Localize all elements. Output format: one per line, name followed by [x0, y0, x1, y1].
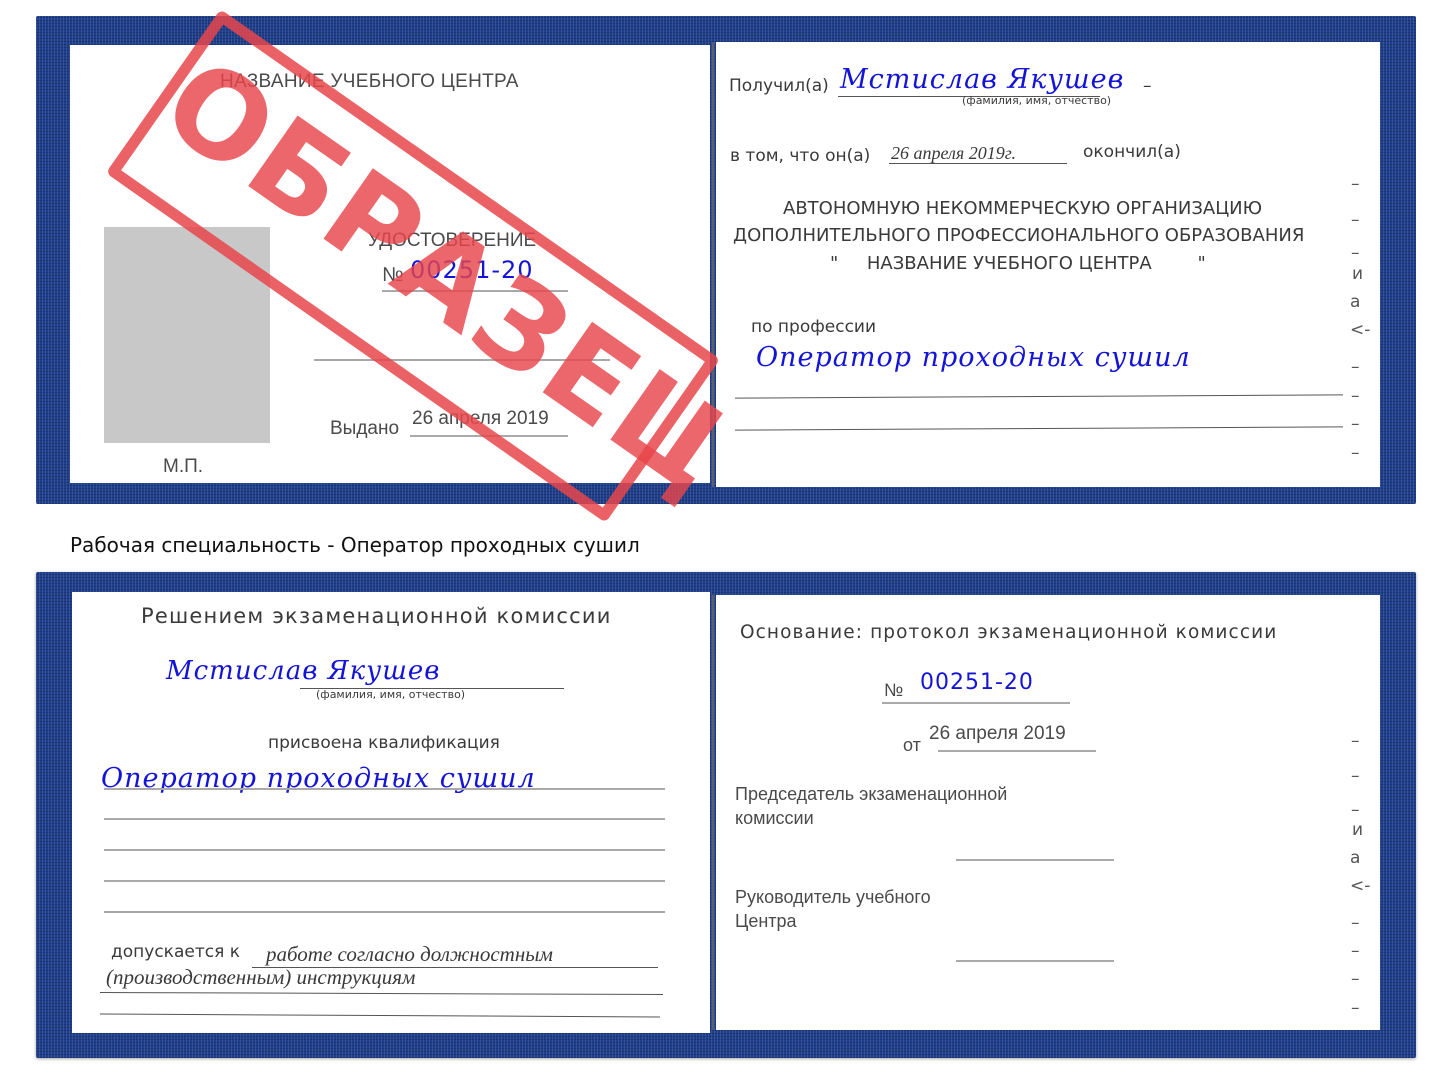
bottom-spine — [712, 595, 714, 1030]
basis-label: Основание: протокол экзаменационной коми… — [740, 622, 1277, 643]
edge-mark: – — [1351, 998, 1360, 1018]
finished-label: окончил(а) — [1083, 142, 1181, 162]
edge-mark: – — [1351, 210, 1360, 230]
protocol-date-label: от — [903, 735, 921, 756]
profession-value: Оператор проходных сушил — [756, 342, 1191, 373]
issued-date: 26 апреля 2019 — [412, 408, 549, 430]
edge-mark: и — [1352, 820, 1363, 840]
in-that-label: в том, что он(а) — [730, 146, 870, 166]
photo-placeholder — [104, 227, 270, 443]
protocol-date-value: 26 апреля 2019 — [929, 723, 1066, 745]
issued-label: Выдано — [330, 418, 399, 440]
edge-mark: – — [1351, 174, 1360, 194]
specialty-caption: Рабочая специальность - Оператор проходн… — [70, 533, 640, 557]
head-label-2: Центра — [735, 911, 797, 932]
edge-mark: <- — [1350, 876, 1370, 896]
admitted-label: допускается к — [111, 942, 240, 962]
chairman-label-2: комиссии — [735, 808, 814, 829]
head-label-1: Руководитель учебного — [735, 887, 931, 908]
protocol-number-underline — [882, 702, 1070, 704]
org-line-3: " НАЗВАНИЕ УЧЕБНОГО ЦЕНТРА " — [830, 253, 1206, 274]
protocol-date-underline — [938, 750, 1096, 752]
recipient-name: Мстислав Якушев — [840, 64, 1124, 95]
recipient-dash: – — [1143, 76, 1152, 96]
blank-underline — [314, 359, 610, 361]
org-line-1: АВТОНОМНУЮ НЕКОММЕРЧЕСКУЮ ОРГАНИЗАЦИЮ — [783, 198, 1262, 219]
top-spine — [712, 42, 714, 487]
completion-date: 26 апреля 2019г. — [891, 143, 1016, 164]
cert-number-value: 00251-20 — [410, 256, 534, 284]
person-name: Мстислав Якушев — [166, 656, 440, 686]
org-name-header: НАЗВАНИЕ УЧЕБНОГО ЦЕНТРА — [220, 71, 519, 93]
edge-mark: – — [1351, 941, 1360, 961]
issued-date-underline — [410, 435, 568, 437]
commission-heading: Решением экзаменационной комиссии — [141, 604, 612, 628]
qualification-underline-5 — [104, 911, 665, 913]
profession-label: по профессии — [751, 317, 876, 337]
qualification-underline-4 — [104, 880, 665, 882]
edge-mark: – — [1351, 357, 1360, 377]
admitted-line-1: работе согласно должностным — [266, 942, 553, 967]
edge-mark: – — [1351, 969, 1360, 989]
org-line-2: ДОПОЛНИТЕЛЬНОГО ПРОФЕССИОНАЛЬНОГО ОБРАЗО… — [733, 225, 1304, 246]
qualification-underline-2 — [104, 818, 665, 820]
edge-mark: а — [1350, 848, 1360, 868]
completion-date-underline — [889, 163, 1067, 164]
qualification-underline-1 — [104, 788, 665, 790]
chairman-label-1: Председатель экзаменационной — [735, 784, 1007, 805]
protocol-number-label: № — [884, 680, 903, 701]
edge-mark: – — [1351, 913, 1360, 933]
protocol-number-value: 00251-20 — [920, 670, 1034, 695]
cert-number-label: № — [382, 264, 403, 287]
chairman-signature-line — [956, 859, 1114, 861]
edge-mark: – — [1351, 414, 1360, 434]
edge-mark: – — [1351, 243, 1360, 263]
edge-mark: – — [1351, 386, 1360, 406]
edge-mark: а — [1350, 292, 1360, 312]
qualification-label: присвоена квалификация — [268, 733, 500, 753]
edge-mark: и — [1352, 264, 1363, 284]
name-hint: (фамилия, имя, отчество) — [962, 94, 1111, 107]
head-signature-line — [956, 960, 1114, 962]
received-label: Получил(а) — [729, 76, 829, 96]
edge-mark: <- — [1350, 320, 1370, 340]
edge-mark: – — [1351, 443, 1360, 463]
bottom-right-page — [716, 595, 1380, 1030]
doc-title: УДОСТОВЕРЕНИЕ — [368, 230, 536, 252]
edge-mark: – — [1351, 800, 1360, 820]
cert-number-underline — [382, 290, 568, 292]
qualification-underline-3 — [104, 849, 665, 851]
edge-mark: – — [1351, 766, 1360, 786]
admitted-line-2: (производственным) инструкциям — [106, 965, 415, 990]
edge-mark: – — [1351, 731, 1360, 751]
person-name-hint: (фамилия, имя, отчество) — [316, 688, 465, 701]
stamp-place-label: М.П. — [163, 456, 203, 478]
